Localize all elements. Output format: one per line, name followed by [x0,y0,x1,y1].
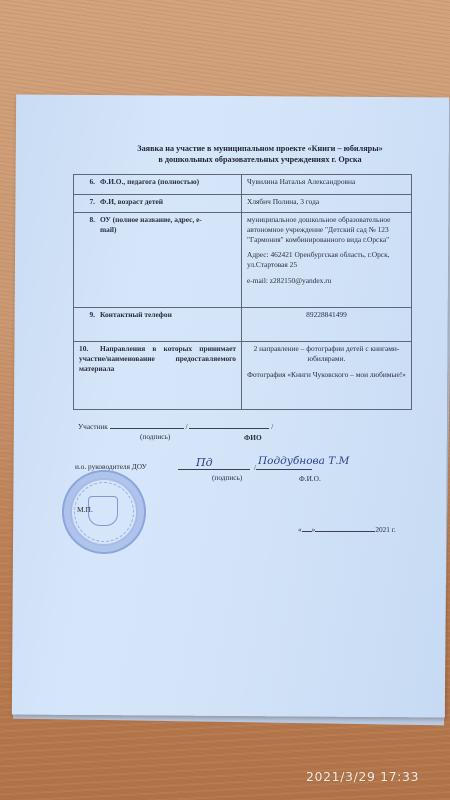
row-number: 6. [79,177,95,187]
table-row: 10.Направления в которых принимает участ… [74,342,412,410]
row-label-text: Контактный телефон [100,310,172,319]
month-blank [315,524,375,532]
table-row: 9.Контактный телефон 89228841499 [74,308,412,342]
contact-phone: 89228841499 [247,310,406,320]
stamp-label: М.П. [77,505,93,514]
row-label-text: Ф.И, возраст детей [100,197,163,206]
participation-direction: 2 направление – фотографии детей с книга… [247,344,406,364]
row-number: 10. [79,344,95,354]
head-name-caption: Ф.И.О. [299,474,321,483]
date-year: 2021 г. [375,525,395,534]
row-label: 10.Направления в которых принимает участ… [74,342,242,410]
participant-name-blank [189,421,269,429]
teacher-name: Чувилина Наталья Александровна [247,177,406,187]
row-value: Хлябич Полина, 3 года [242,195,412,213]
row-number: 9. [79,310,95,320]
row-label-text: Ф.И.О., педагога (полностью) [100,177,199,186]
head-name-handwritten: Поддубнова Т.М [258,455,349,467]
head-signature-blank [178,462,250,472]
application-form-table: 6.Ф.И.О., педагога (полностью) Чувилина … [73,174,412,410]
institution-email: e-mail: z282150@yandex.ru [247,276,406,286]
head-signature-caption: (подпись) [212,473,242,482]
row-value: Чувилина Наталья Александровна [242,175,412,195]
row-value: 89228841499 [242,308,412,342]
table-row: 7.Ф.И, возраст детей Хлябич Полина, 3 го… [74,195,412,213]
row-number: 8. [79,215,95,225]
institution-name: муниципальное дошкольное образовательное… [247,215,406,244]
table-row: 6.Ф.И.О., педагога (полностью) Чувилина … [74,175,412,195]
participant-name-caption: ФИО [244,433,262,442]
document-title: Заявка на участие в муниципальном проект… [100,143,420,165]
head-signature: Пд [196,456,213,469]
institution-address: Адрес: 462421 Оренбургская область, г.Ор… [247,250,406,270]
participant-signature-blank [110,421,184,429]
row-label: 9.Контактный телефон [74,308,242,342]
day-blank [302,524,312,532]
photo-timestamp: 2021/3/29 17:33 [306,769,419,784]
date-line: «»2021 г. [298,524,396,534]
title-line-1: Заявка на участие в муниципальном проект… [100,143,420,154]
participant-label: Участник [78,422,108,431]
row-number: 7. [79,197,95,207]
table-row: 8.ОУ (полное название, адрес, e-mail) му… [74,213,412,308]
participant-signature-line: Участник / / [78,421,273,431]
row-label: 7.Ф.И, возраст детей [74,195,242,213]
row-value: 2 направление – фотографии детей с книга… [242,342,412,410]
title-line-2: в дошкольных образовательных учреждениях… [100,154,420,165]
row-label-text: ОУ (полное название, адрес, e-mail) [100,215,218,235]
row-value: муниципальное дошкольное образовательное… [242,213,412,308]
submitted-material: Фотография «Книги Чуковского – мои любим… [247,370,406,380]
official-stamp [62,470,146,554]
row-label: 8.ОУ (полное название, адрес, e-mail) [74,213,242,308]
row-label-text: Направления в которых принимает участие/… [79,344,236,373]
row-label: 6.Ф.И.О., педагога (полностью) [74,175,242,195]
participant-signature-caption: (подпись) [140,432,170,441]
child-name-age: Хлябич Полина, 3 года [247,197,406,207]
